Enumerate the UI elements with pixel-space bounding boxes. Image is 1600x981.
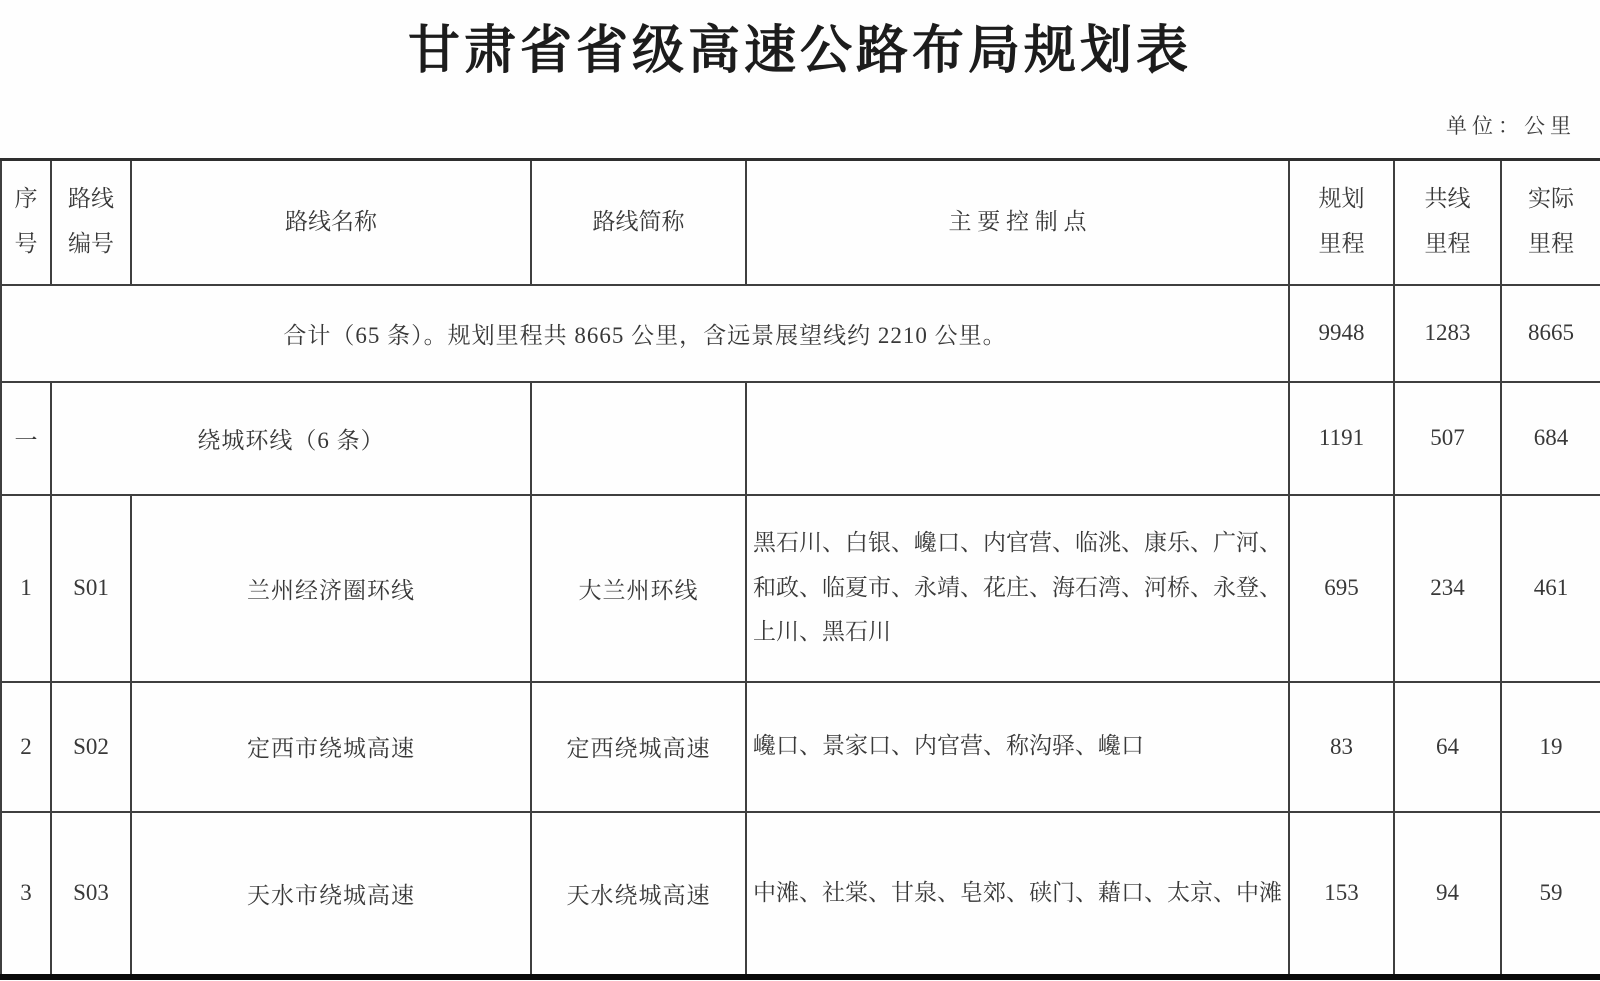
route-name-cell: 定西市绕城高速 (131, 682, 531, 812)
document-page: 甘肃省省级高速公路布局规划表 单位：公里 序 号 路线 编号 路线名称 路线简称… (0, 0, 1600, 981)
seq-cell: 2 (1, 682, 51, 812)
total-row: 合计（65 条）。规划里程共 8665 公里，含远景展望线约 2210 公里。 … (1, 285, 1600, 382)
route-abbr-cell: 大兰州环线 (531, 495, 746, 682)
unit-label: 单位：公里 (1446, 110, 1576, 140)
route-row: 2 S02 定西市绕城高速 定西绕城高速 巉口、景家口、内官营、称沟驿、巉口 8… (1, 682, 1600, 812)
header-actual-mileage: 实际 里程 (1501, 160, 1600, 285)
actual-mileage-cell: 19 (1501, 682, 1600, 812)
group-actual-cell: 684 (1501, 382, 1600, 495)
route-no-cell: S03 (51, 812, 131, 977)
empty-cell (531, 382, 746, 495)
page-title: 甘肃省省级高速公路布局规划表 (0, 8, 1600, 83)
header-seq: 序 号 (1, 160, 51, 285)
control-points-cell: 巉口、景家口、内官营、称沟驿、巉口 (746, 682, 1289, 812)
total-summary-cell: 合计（65 条）。规划里程共 8665 公里，含远景展望线约 2210 公里。 (1, 285, 1289, 382)
route-row: 3 S03 天水市绕城高速 天水绕城高速 中滩、社棠、甘泉、皂郊、硖门、藉口、太… (1, 812, 1600, 977)
group-planned-cell: 1191 (1289, 382, 1394, 495)
group-seq-cell: 一 (1, 382, 51, 495)
shared-mileage-cell: 64 (1394, 682, 1501, 812)
header-route-no: 路线 编号 (51, 160, 131, 285)
group-name-cell: 绕城环线（6 条） (51, 382, 531, 495)
header-row: 序 号 路线 编号 路线名称 路线简称 主 要 控 制 点 规划 里程 共线 里… (1, 160, 1600, 285)
actual-mileage-cell: 461 (1501, 495, 1600, 682)
route-row: 1 S01 兰州经济圈环线 大兰州环线 黑石川、白银、巉口、内官营、临洮、康乐、… (1, 495, 1600, 682)
route-no-cell: S01 (51, 495, 131, 682)
planned-mileage-cell: 83 (1289, 682, 1394, 812)
planned-mileage-cell: 695 (1289, 495, 1394, 682)
seq-cell: 1 (1, 495, 51, 682)
group-shared-cell: 507 (1394, 382, 1501, 495)
empty-cell (746, 382, 1289, 495)
header-route-name: 路线名称 (131, 160, 531, 285)
shared-mileage-cell: 94 (1394, 812, 1501, 977)
route-abbr-cell: 定西绕城高速 (531, 682, 746, 812)
header-control-points: 主 要 控 制 点 (746, 160, 1289, 285)
highway-planning-table: 序 号 路线 编号 路线名称 路线简称 主 要 控 制 点 规划 里程 共线 里… (0, 158, 1600, 980)
route-abbr-cell: 天水绕城高速 (531, 812, 746, 977)
header-planned-mileage: 规划 里程 (1289, 160, 1394, 285)
header-route-abbr: 路线简称 (531, 160, 746, 285)
planned-mileage-cell: 153 (1289, 812, 1394, 977)
route-no-cell: S02 (51, 682, 131, 812)
control-points-cell: 黑石川、白银、巉口、内官营、临洮、康乐、广河、和政、临夏市、永靖、花庄、海石湾、… (746, 495, 1289, 682)
total-planned-cell: 9948 (1289, 285, 1394, 382)
shared-mileage-cell: 234 (1394, 495, 1501, 682)
total-shared-cell: 1283 (1394, 285, 1501, 382)
route-name-cell: 兰州经济圈环线 (131, 495, 531, 682)
total-actual-cell: 8665 (1501, 285, 1600, 382)
control-points-cell: 中滩、社棠、甘泉、皂郊、硖门、藉口、太京、中滩 (746, 812, 1289, 977)
actual-mileage-cell: 59 (1501, 812, 1600, 977)
group-row-ring-roads: 一 绕城环线（6 条） 1191 507 684 (1, 382, 1600, 495)
seq-cell: 3 (1, 812, 51, 977)
header-shared-mileage: 共线 里程 (1394, 160, 1501, 285)
route-name-cell: 天水市绕城高速 (131, 812, 531, 977)
